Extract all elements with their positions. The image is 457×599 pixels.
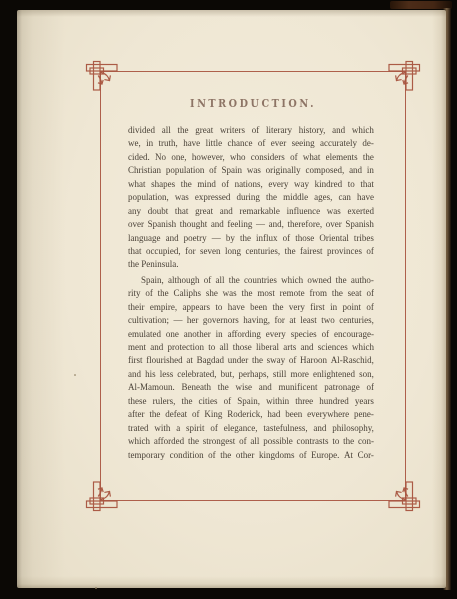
text-line: rityoftheCaliphsshewasthemostremotefromt… bbox=[128, 287, 374, 300]
text-line: Al-Mamoun.Beneaththewiseandmunificentpat… bbox=[128, 381, 374, 394]
paper-speck bbox=[95, 587, 97, 589]
text-line: anydoubtthatgreatandremarkableinfluencew… bbox=[128, 205, 374, 218]
text-line: andhislesscelebrated,but,perhaps,stillmo… bbox=[128, 368, 374, 381]
text-line: firstflourishedatBagdadundertheswayofHar… bbox=[128, 354, 374, 367]
text-line: whatshapesthemindofnations,everywaykindr… bbox=[128, 178, 374, 191]
body-text: dividedallthegreatwritersofliteraryhisto… bbox=[128, 124, 374, 462]
corner-knot-icon bbox=[85, 472, 125, 512]
corner-knot-icon bbox=[85, 60, 125, 100]
text-line: mentandprotectiontoallthoseliberalartsan… bbox=[128, 341, 374, 354]
corner-knot-icon bbox=[381, 472, 421, 512]
text-line: afterthedefeatofKingRoderick,hadbeenever… bbox=[128, 408, 374, 421]
text-line: languageandpoetry—bytheinfluxofthoseOrie… bbox=[128, 232, 374, 245]
text-line: Spain,althoughofallthecountrieswhichowne… bbox=[128, 274, 374, 287]
text-line: we,intruth,havelittlechanceofeverseeinga… bbox=[128, 137, 374, 150]
text-line: dividedallthegreatwritersofliteraryhisto… bbox=[128, 124, 374, 137]
paper-speck bbox=[74, 374, 76, 376]
text-line: ChristianpopulationofSpainwasoriginallyc… bbox=[128, 164, 374, 177]
paragraph: dividedallthegreatwritersofliteraryhisto… bbox=[128, 124, 374, 272]
scan-background: { "page": { "title": "INTRODUCTION.", "a… bbox=[0, 0, 457, 599]
paragraph: Spain,althoughofallthecountrieswhichowne… bbox=[128, 274, 374, 462]
text-line: theserulers,thecitiesofSpain,withinthree… bbox=[128, 395, 374, 408]
text-line: overSpanishthoughtandfeeling—and,therefo… bbox=[128, 218, 374, 231]
text-line: the Peninsula. bbox=[128, 258, 374, 271]
text-line: theirempire,appearstohavebeentheveryfirs… bbox=[128, 301, 374, 314]
text-line: tratedwithaspiritofelegance,tastefulness… bbox=[128, 422, 374, 435]
corner-knot-icon bbox=[381, 60, 421, 100]
text-line: whichaffordedthestrongestofallpossibleco… bbox=[128, 435, 374, 448]
page-title: INTRODUCTION. bbox=[124, 96, 381, 110]
text-line: cided.Noone,however,whoconsidersofwhatel… bbox=[128, 151, 374, 164]
text-line: thatoccupied,forsevenlongcenturies,thefa… bbox=[128, 245, 374, 258]
text-line: population,wasexpressedduringthemiddleag… bbox=[128, 191, 374, 204]
text-line: emulatedoneanotherinaffordingeveryspecie… bbox=[128, 328, 374, 341]
text-line: cultivation;—hergovernorshaving,foratlea… bbox=[128, 314, 374, 327]
text-line: temporaryconditionoftheotherkingdomsofEu… bbox=[128, 449, 374, 462]
